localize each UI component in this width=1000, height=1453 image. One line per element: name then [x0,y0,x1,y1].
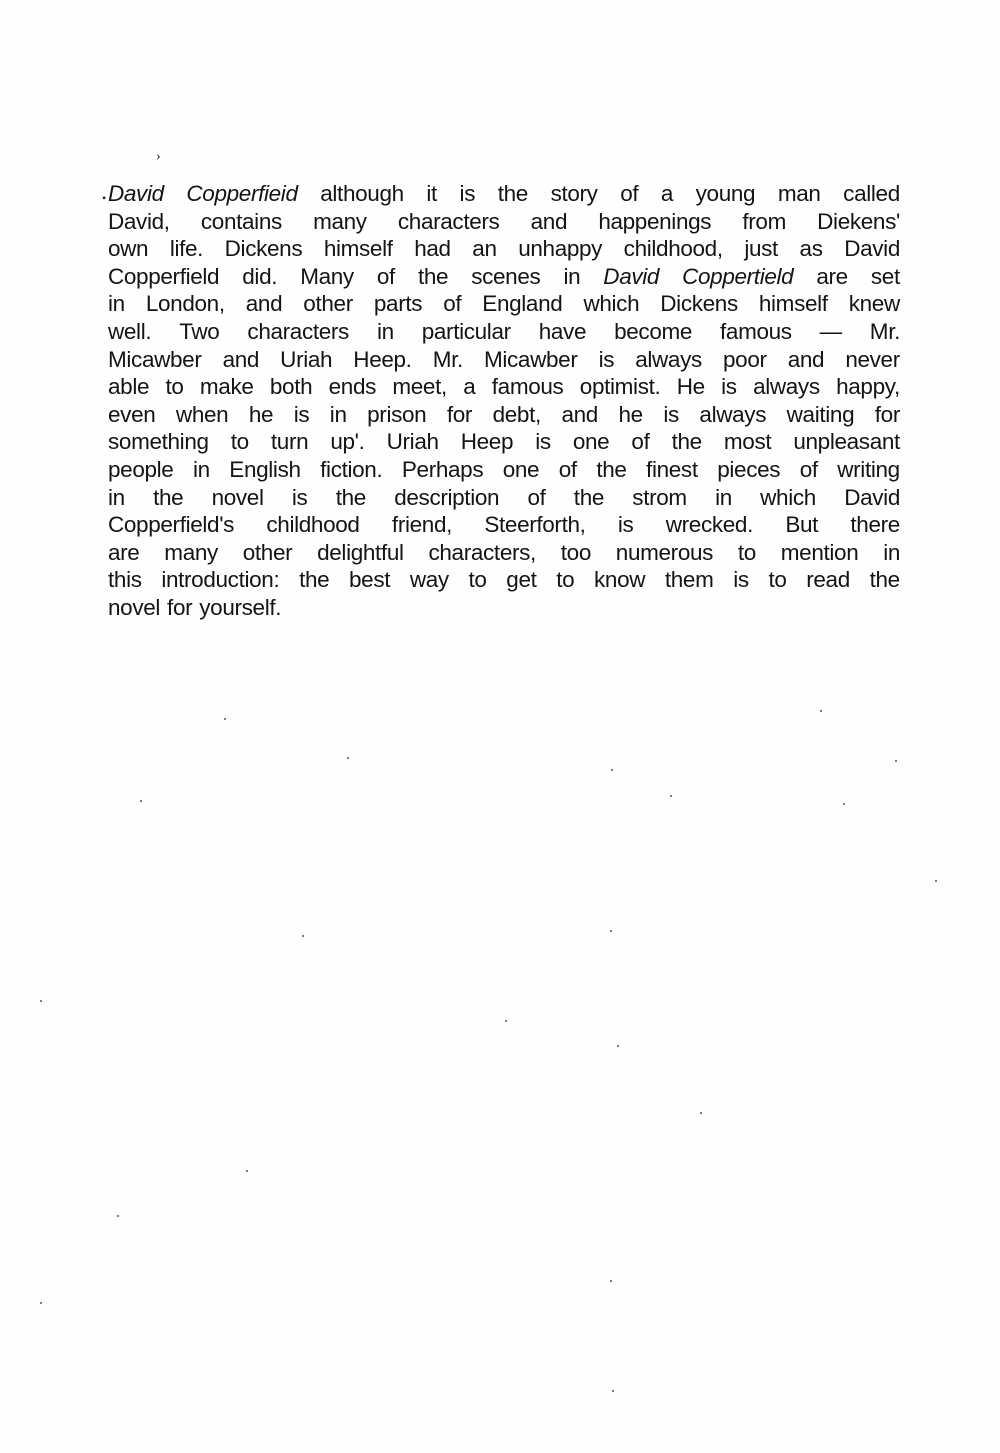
word: is [460,180,476,208]
scan-speck [843,803,845,805]
scan-speck [700,1112,702,1114]
word: waiting [787,401,855,429]
word: mention [781,539,859,567]
word: in [108,484,125,512]
word: is [721,373,737,401]
word: — [820,318,842,346]
scan-mark-bullet: • [102,192,106,204]
word: David [844,235,900,263]
word: in [715,484,732,512]
word: characters [398,208,500,236]
word: well. [108,318,151,346]
word: to [738,539,756,567]
word: Mr. [870,318,900,346]
word: and [246,290,283,318]
word: Heep. [353,346,411,374]
word: always [753,373,820,401]
word: meet, [392,373,447,401]
word: something [108,428,209,456]
word: fiction. [320,456,382,484]
word: Mr. [433,346,463,374]
word: poor [723,346,767,374]
word: most [724,428,771,456]
word: did. [242,263,277,291]
word: is [599,346,615,374]
word: to [231,428,249,456]
scan-speck [505,1020,507,1022]
word: particular [422,318,511,346]
word: himself [324,235,393,263]
word: become [614,318,692,346]
word: called [843,180,900,208]
word: description [394,484,499,512]
word: of [631,428,649,456]
word: of [443,290,461,318]
italic-title-word: Coppertield [682,263,793,291]
scanned-page: › • DavidCopperfieidalthoughitisthestory… [0,0,1000,1453]
text-line: David,containsmanycharactersandhappening… [108,208,900,236]
word: is [535,428,551,456]
word: up'. [330,428,364,456]
scan-speck [820,710,822,712]
word: in [193,456,210,484]
word: to [556,566,574,594]
text-line: novelforyourself. [108,594,900,622]
word: had [414,235,451,263]
scan-speck [935,880,937,882]
word: Diekens' [817,208,900,236]
word: them [665,566,714,594]
word: of [527,484,545,512]
word: in [563,263,580,291]
word: Micawber [484,346,577,374]
word: is [292,484,308,512]
word: story [551,180,598,208]
word: for [167,594,192,622]
word: have [539,318,586,346]
scan-speck [611,769,613,771]
word: own [108,235,148,263]
word: is [618,511,634,539]
word: which [760,484,816,512]
text-line: somethingtoturnup'.UriahHeepisoneofthemo… [108,428,900,456]
text-line: MicawberandUriahHeep.Mr.Micawberisalways… [108,346,900,374]
word: he [618,401,642,429]
word: there [850,511,900,539]
word: David [844,484,900,512]
word: finest [646,456,698,484]
scan-speck [610,1280,612,1282]
word: for [447,401,472,429]
scan-speck [670,795,672,797]
word: best [349,566,390,594]
word: are [816,263,847,291]
scan-speck [224,718,226,720]
word: set [871,263,900,291]
word: Dickens [660,290,738,318]
word: Uriah [280,346,332,374]
word: Steerforth, [484,511,585,539]
word: in [377,318,394,346]
italic-title-word: Copperfieid [186,180,297,208]
word: when [176,401,228,429]
word: always [635,346,702,374]
word: parts [374,290,422,318]
word: London, [146,290,225,318]
word: the [299,566,329,594]
word: characters [247,318,349,346]
word: debt, [493,401,541,429]
word: ends [329,373,376,401]
word: other [303,290,353,318]
scan-speck [140,800,142,802]
word: is [294,401,310,429]
word: get [506,566,536,594]
word: English [229,456,300,484]
scan-speck [347,757,349,759]
word: Heep [461,428,513,456]
word: know [594,566,645,594]
text-line: well.Twocharactersinparticularhavebecome… [108,318,900,346]
word: numerous [616,539,713,567]
word: unhappy [518,235,602,263]
word: England [482,290,562,318]
word: happenings [598,208,711,236]
scan-speck [40,1302,42,1304]
italic-title-word: David [108,180,164,208]
word: make [200,373,254,401]
word: many [164,539,218,567]
text-line: ownlife.Dickenshimselfhadanunhappychildh… [108,235,900,263]
word: as [800,235,823,263]
word: one [573,428,610,456]
word: of [620,180,638,208]
word: in [330,401,347,429]
word: Dickens [225,235,303,263]
word: man [778,180,821,208]
word: childhood, [624,235,723,263]
word: other [243,539,293,567]
text-line: Copperfield'schildhoodfriend,Steerforth,… [108,511,900,539]
word: although [320,180,404,208]
scan-speck [117,1215,119,1217]
word: from [742,208,786,236]
word: never [845,346,900,374]
word: to [768,566,786,594]
word: the [672,428,702,456]
word: novel [108,594,160,622]
word: able [108,373,149,401]
text-line: inLondon,andotherpartsofEnglandwhichDick… [108,290,900,318]
word: the [870,566,900,594]
word: it [426,180,437,208]
word: of [800,456,818,484]
word: happy, [836,373,900,401]
text-line: aremanyotherdelightfulcharacters,toonume… [108,539,900,567]
word: is [663,401,679,429]
word: to [469,566,487,594]
word: a [661,180,673,208]
word: which [583,290,639,318]
word: Two [179,318,219,346]
word: prison [367,401,426,429]
word: the [418,263,448,291]
text-line: inthenovelisthedescriptionofthestrominwh… [108,484,900,512]
word: Copperfield's [108,511,234,539]
word: unpleasant [793,428,900,456]
word: too [561,539,591,567]
word: friend, [392,511,452,539]
italic-title-word: David [603,263,659,291]
word: characters, [428,539,535,567]
word: of [377,263,395,291]
word: in [108,290,125,318]
scan-speck [610,930,612,932]
word: way [410,566,449,594]
word: the [574,484,604,512]
word: optimist. [580,373,661,401]
word: the [498,180,528,208]
word: an [472,235,496,263]
word: in [883,539,900,567]
word: even [108,401,155,429]
scan-speck [302,935,304,937]
word: many [313,208,367,236]
word: pieces [717,456,780,484]
scan-speck [617,1045,619,1047]
word: both [270,373,312,401]
word: this [108,566,142,594]
word: novel [212,484,264,512]
word: famous [720,318,792,346]
scan-speck [40,1000,42,1002]
word: But [785,511,818,539]
scan-speck [246,1170,248,1172]
word: are [108,539,139,567]
scan-speck [612,1390,614,1392]
word: delightful [317,539,404,567]
word: for [875,401,900,429]
word: scenes [471,263,540,291]
word: just [744,235,778,263]
text-line: evenwhenheisinprisonfordebt,andheisalway… [108,401,900,429]
word: David, [108,208,170,236]
word: famous [492,373,564,401]
word: wrecked. [666,511,753,539]
word: and [223,346,260,374]
word: Many [300,263,354,291]
word: people [108,456,173,484]
body-paragraph: DavidCopperfieidalthoughitisthestoryofay… [108,180,900,622]
word: childhood [266,511,359,539]
word: yourself. [199,594,281,622]
word: the [336,484,366,512]
word: young [696,180,756,208]
text-line: peopleinEnglishfiction.Perhapsoneofthefi… [108,456,900,484]
word: turn [271,428,308,456]
word: he [249,401,273,429]
scan-speck [895,760,897,762]
text-line: DavidCopperfieidalthoughitisthestoryofay… [108,180,900,208]
text-line: Copperfielddid.ManyofthescenesinDavidCop… [108,263,900,291]
scan-mark-arrow: › [156,150,161,164]
word: is [733,566,749,594]
word: and [561,401,598,429]
word: He [677,373,705,401]
word: himself [759,290,828,318]
word: of [559,456,577,484]
word: Copperfield [108,263,219,291]
word: read [806,566,850,594]
word: knew [849,290,900,318]
word: and [531,208,568,236]
word: life. [170,235,203,263]
text-line: abletomakebothendsmeet,afamousoptimist.H… [108,373,900,401]
word: contains [201,208,282,236]
text-line: thisintroduction:thebestwaytogettoknowth… [108,566,900,594]
word: and [788,346,825,374]
word: the [153,484,183,512]
word: strom [632,484,687,512]
word: writing [837,456,900,484]
word: Perhaps [402,456,483,484]
word: introduction: [161,566,279,594]
word: Uriah [387,428,439,456]
word: to [165,373,183,401]
word: one [503,456,540,484]
word: a [463,373,475,401]
word: Micawber [108,346,201,374]
word: always [699,401,766,429]
word: the [596,456,626,484]
